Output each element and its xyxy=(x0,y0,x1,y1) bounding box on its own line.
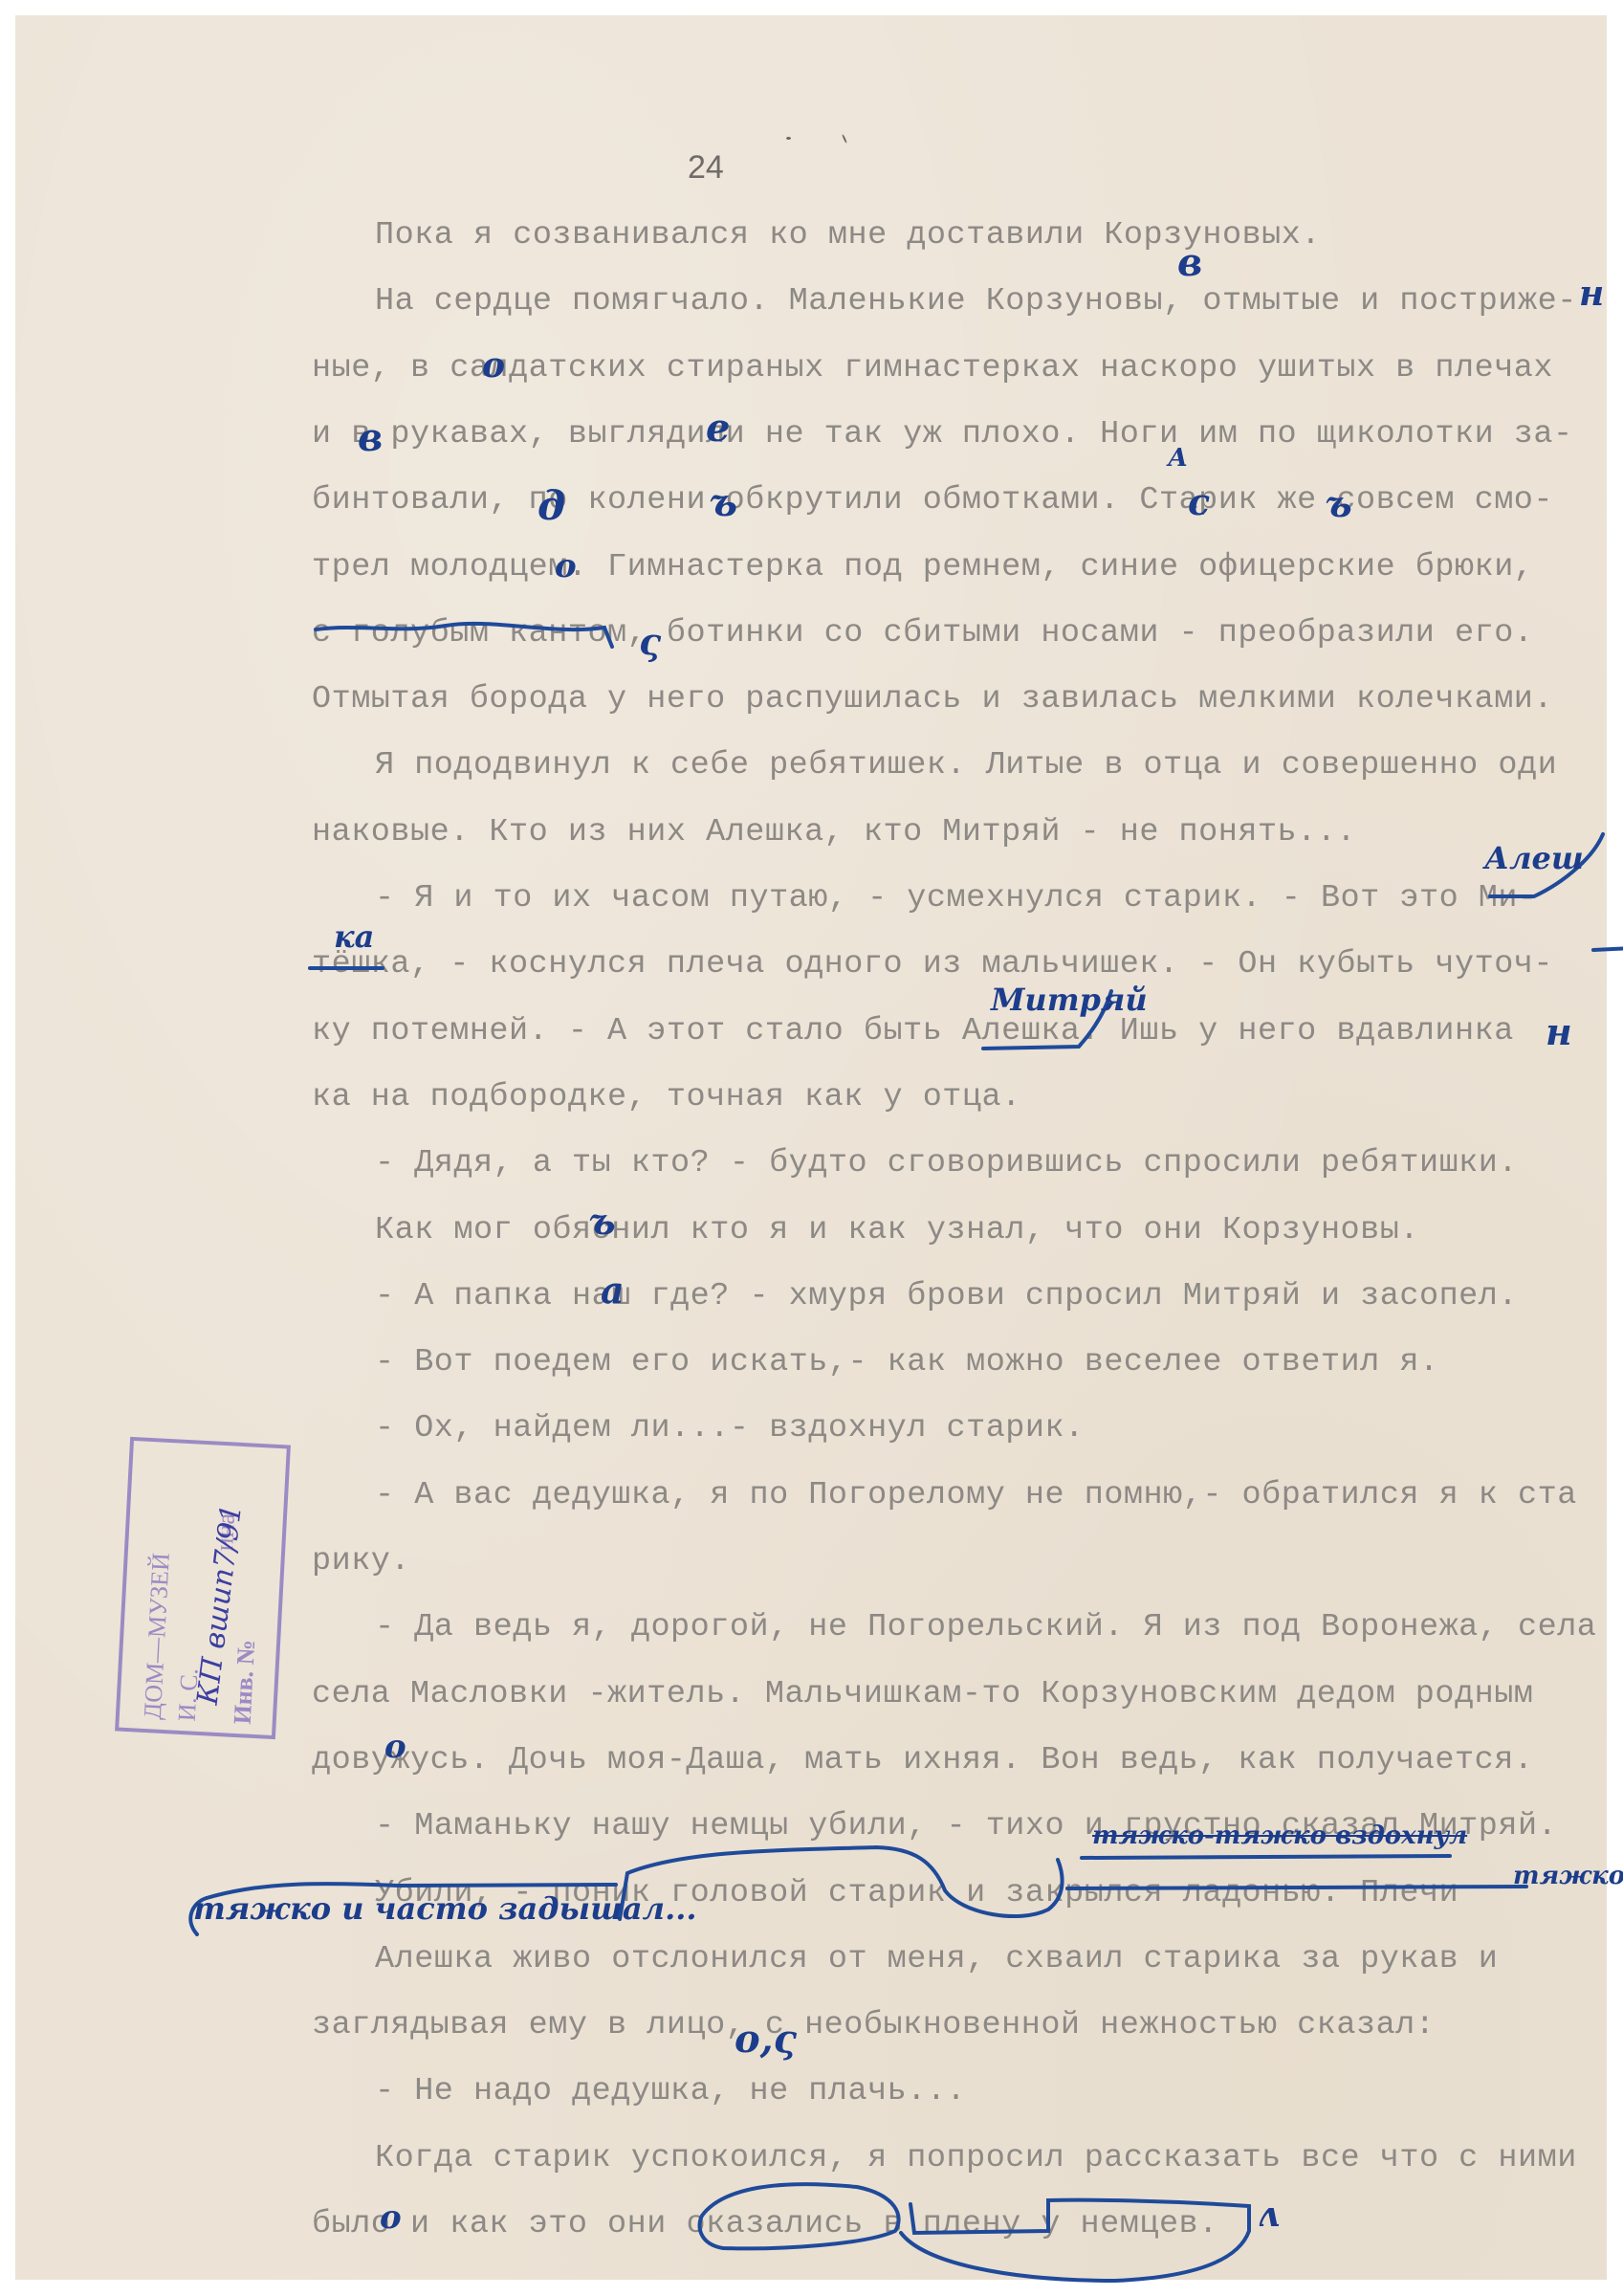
ink-correction: е xyxy=(706,406,730,451)
typed-line: ку потемней. - А этот стало быть Алешка.… xyxy=(312,1010,1514,1052)
typed-line: - Да ведь я, дорогой, не Погорельский. Я… xyxy=(375,1606,1596,1648)
ink-correction: ъ xyxy=(589,1200,616,1243)
typed-line: села Масловки -житель. Мальчишкам-то Кор… xyxy=(312,1673,1533,1715)
typed-line: - А папка наш где? - хмуря брови спросил… xyxy=(375,1275,1518,1317)
ink-correction: ъ xyxy=(1326,482,1352,525)
document-page: 24 Пока я созванивался ко мне доставили … xyxy=(15,15,1607,2280)
typed-line: - Я и то их часом путаю, - усмехнулся ст… xyxy=(375,877,1538,919)
ink-insert: тяжко-тяжко вздохнул xyxy=(1092,1821,1467,1850)
stamp-museum-name: ДОМ—МУЗЕЙ xyxy=(139,1552,176,1720)
typed-line: было и как это они оказались в плену у н… xyxy=(312,2203,1218,2245)
typed-line: и в рукавах, выглядили не так уж плохо. … xyxy=(312,413,1573,455)
ink-insert: Митряй xyxy=(991,982,1148,1018)
ink-speck xyxy=(842,134,847,143)
ink-insert: Алеш xyxy=(1484,840,1584,876)
typed-line: Отмытая борода у него распушилась и зави… xyxy=(312,678,1553,720)
ink-correction: А xyxy=(1168,444,1188,473)
archive-stamp: ДОМ—МУЗЕЙ И. С. ина Инв. № КП вшип7/91 xyxy=(115,1437,291,1739)
ink-correction: с xyxy=(1188,480,1210,523)
ink-correction: н xyxy=(1579,274,1604,314)
ink-correction: н xyxy=(1546,1010,1572,1053)
ink-correction: в xyxy=(1177,240,1202,285)
typed-line: Я пододвинул к себе ребятишек. Литые в о… xyxy=(375,744,1557,786)
typed-line: Алешка живо отслонился от меня, схваил с… xyxy=(375,1938,1498,1980)
typed-line: рику. xyxy=(312,1540,410,1582)
ink-correction: о xyxy=(555,547,577,585)
ink-insert: тяжко и часто задышал... xyxy=(193,1890,697,1927)
page-number: 24 xyxy=(688,149,724,187)
typed-line: с голубым кантом, ботинки со сбитыми нос… xyxy=(312,612,1533,654)
ink-speck xyxy=(786,137,791,140)
typed-line: - А вас дедушка, я по Погорелому не помн… xyxy=(375,1474,1577,1516)
ink-correction: в xyxy=(358,415,383,460)
ink-correction: о xyxy=(384,1728,406,1766)
ink-correction: о xyxy=(380,2198,402,2237)
ink-insert: тяжко xyxy=(1513,1862,1623,1890)
typed-line: ка на подбородке, точная как у отца. xyxy=(312,1076,1021,1118)
typed-line: - Дядя, а ты кто? - будто сговорившись с… xyxy=(375,1142,1518,1184)
typed-line: - Ох, найдем ли...- вздохнул старик. xyxy=(375,1407,1085,1449)
ink-correction: ъ xyxy=(710,480,737,525)
ink-insert: ка xyxy=(334,918,374,955)
typed-line: - Не надо дедушка, не плачь... xyxy=(375,2070,966,2112)
typed-line: наковые. Кто из них Алешка, кто Митряй -… xyxy=(312,811,1356,853)
typed-line: довужусь. Дочь моя-Даша, мать ихняя. Вон… xyxy=(312,1739,1533,1781)
ink-correction: а xyxy=(601,1269,625,1312)
typed-line: тёшка, - коснулся плеча одного из мальчи… xyxy=(312,943,1553,985)
typed-line: - Вот поедем его искать,- как можно весе… xyxy=(375,1341,1439,1383)
typed-line: Когда старик успокоился, я попросил расс… xyxy=(375,2137,1577,2179)
ink-correction: о,ς xyxy=(735,2017,797,2062)
typed-line: заглядывая ему в лицо, с необыкновенной … xyxy=(312,2004,1435,2046)
ink-correction: ʌ xyxy=(1259,2195,1279,2235)
typed-line: бинтовали, по колени обкрутили обмотками… xyxy=(312,479,1553,521)
ink-correction: о xyxy=(482,345,505,386)
typed-line: Как мог обяснил кто я и как узнал, что о… xyxy=(375,1209,1419,1251)
ink-correction: д xyxy=(537,482,565,529)
typed-line: На сердце помягчало. Маленькие Корзуновы… xyxy=(375,280,1577,322)
stamp-inventory-label: Инв. № xyxy=(229,1639,262,1725)
typed-line: трел молодцем. Гимнастерка под ремнем, с… xyxy=(312,546,1533,588)
ink-correction: ς xyxy=(639,620,661,663)
